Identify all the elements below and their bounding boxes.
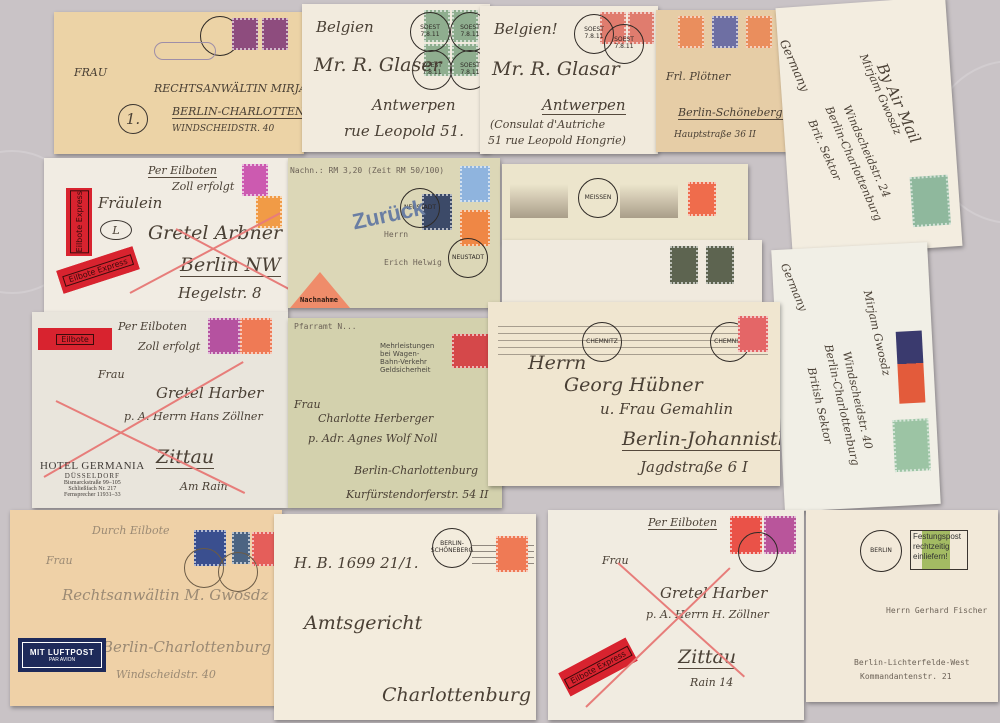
airmail-label xyxy=(896,331,926,404)
address-line: Erich Helwig xyxy=(384,258,442,267)
address-line: Rain 14 xyxy=(690,676,733,689)
slogan-cancel: Mehrleistungen bei Wagen- Bahn-Verkehr G… xyxy=(380,342,434,374)
stamp xyxy=(460,166,490,202)
envelope: MEISSEN xyxy=(502,164,748,242)
address-line: Per Eilboten xyxy=(118,320,187,333)
box-postmark xyxy=(154,42,216,60)
circle-mark: 1. xyxy=(118,104,148,134)
address-line: rue Leopold 51. xyxy=(344,122,464,140)
envelope: Nachn.: RM 3,20 (Zeit RM 50/100) NEUSTAD… xyxy=(288,158,500,308)
address-line: Frau xyxy=(602,554,629,567)
postmark: CHEMNITZ xyxy=(582,322,622,362)
address-line: WINDSCHEIDSTR. 40 xyxy=(172,124,274,134)
envelope xyxy=(502,240,762,302)
address-line: Hauptstraße 36 II xyxy=(674,130,756,140)
address-line: Herrn Gerhard Fischer xyxy=(886,606,987,615)
envelope: Pfarramt N... Mehrleistungen bei Wagen- … xyxy=(288,318,502,508)
address-line: Rechtsanwältin M. Gwosdz xyxy=(62,586,268,604)
address-line: Kommandantenstr. 21 xyxy=(860,672,952,681)
slogan-cancel-image xyxy=(510,184,568,218)
express-label: Eilbote xyxy=(38,328,112,350)
address-line: Amtsgericht xyxy=(304,612,422,634)
stamp xyxy=(232,18,258,50)
slogan-box: Festungspost rechtzeitig einliefern! xyxy=(910,530,968,570)
postmark: BERLIN-SCHÖNEBERG xyxy=(432,528,472,568)
slogan-cancel-image xyxy=(620,184,678,218)
stamp xyxy=(670,246,698,284)
envelope: SOEST 7.8.11 SOEST 7.8.11 Belgien! Mr. R… xyxy=(480,6,658,154)
stamp xyxy=(208,318,240,354)
stamp xyxy=(712,16,738,48)
address-line: Belgien! xyxy=(494,20,558,38)
envelope: BERLIN Festungspost rechtzeitig einliefe… xyxy=(806,510,998,702)
postmark: SOEST 7.8.11 xyxy=(410,12,450,52)
envelope: Per Eilboten Frau Gretel Harber p. A. He… xyxy=(548,510,804,720)
address-line: Charlotte Herberger xyxy=(318,412,433,425)
address-line: Herrn xyxy=(528,352,586,374)
stamp xyxy=(262,18,288,50)
address-line: Berlin-Schöneberg xyxy=(678,106,783,120)
address-line: Kurfürstendorferstr. 54 II xyxy=(346,488,488,501)
airmail-label: MIT LUFTPOSTPAR AVION xyxy=(18,638,106,672)
envelope: Frl. Plötner Berlin-Schöneberg Hauptstra… xyxy=(656,10,790,152)
address-line: Berlin-Lichterfelde-West xyxy=(854,658,970,667)
address-line: Gretel Harber xyxy=(156,384,263,402)
address-line: Frau xyxy=(46,554,73,567)
address-line: Zoll erfolgt xyxy=(138,340,200,353)
address-line: Durch Eilbote xyxy=(92,524,170,537)
envelope: CHEMNITZ CHEMNITZ Herrn Georg Hübner u. … xyxy=(488,302,780,486)
envelope: BERLIN-SCHÖNEBERG H. B. 1699 21/1. Amtsg… xyxy=(274,514,536,720)
stamp xyxy=(746,16,772,48)
postmark xyxy=(738,532,778,572)
address-line: Zoll erfolgt xyxy=(172,180,234,193)
header-print: Nachn.: RM 3,20 (Zeit RM 50/100) xyxy=(290,166,444,175)
address-line: Belgien xyxy=(316,18,374,36)
address-line: Germany xyxy=(777,37,812,93)
express-label: Eilbote Express xyxy=(66,188,92,256)
address-line: Mr. R. Glasar xyxy=(492,58,620,80)
address-line: Georg Hübner xyxy=(564,374,703,396)
envelope: Durch Eilbote Frau Rechtsanwältin M. Gwo… xyxy=(10,510,282,706)
postmark: NEUSTADT xyxy=(448,238,488,278)
address-line: BERLIN-CHARLOTTENBURG xyxy=(172,105,304,119)
address-line: FRAU xyxy=(74,66,107,79)
envelope: Germany Mirjam Gwosdz Windscheidstr. 40 … xyxy=(771,242,940,512)
address-line: Mirjam Gwosdz xyxy=(861,289,893,377)
address-line: Frau xyxy=(98,368,125,381)
postmark: MEISSEN xyxy=(578,178,618,218)
envelope: Eilbote Per Eilboten Zoll erfolgt Frau G… xyxy=(32,312,288,508)
address-line: Herrn xyxy=(384,230,408,239)
postmark: BERLIN xyxy=(860,530,902,572)
stamp xyxy=(240,318,272,354)
address-line: (Consulat d'Autriche xyxy=(490,118,605,131)
envelope: SOEST 7.8.11 SOEST 7.8.11 SOEST 7.8.11 S… xyxy=(302,4,490,152)
nachnahme-label-text: Nachnahme xyxy=(300,296,338,304)
envelope: Eilbote Express Eilbote Express Per Eilb… xyxy=(44,158,288,312)
header-print: Pfarramt N... xyxy=(294,322,357,331)
address-line: Berlin-Charlottenburg xyxy=(354,464,478,477)
stamp xyxy=(678,16,704,48)
stamp xyxy=(496,536,528,572)
address-line: Germany xyxy=(778,261,810,313)
address-line: Zittau xyxy=(678,646,736,669)
stamp xyxy=(892,418,931,472)
stamp xyxy=(910,175,951,228)
stamp xyxy=(688,182,716,216)
address-line: Fräulein xyxy=(98,194,162,212)
stamp xyxy=(738,316,768,352)
address-line: Per Eilboten xyxy=(648,516,717,530)
address-line: p. A. Herrn H. Zöllner xyxy=(646,608,769,621)
address-line: Gretel Arbner xyxy=(148,222,282,244)
envelope: Germany By Air Mail Mirjam Gwosdz Windsc… xyxy=(775,0,962,258)
address-line: Windscheidstr. 40 xyxy=(116,668,216,681)
address-line: RECHTSANWÄLTIN MIRJAM GWOSDZ xyxy=(154,82,304,95)
hotel-letterhead: HOTEL GERMANIA DÜSSELDORF Bismarckstraße… xyxy=(40,460,145,498)
address-line: Charlottenburg xyxy=(382,684,531,706)
address-line: Jagdstraße 6 I xyxy=(640,458,748,476)
address-line: Per Eilboten xyxy=(148,164,217,178)
address-line: Antwerpen xyxy=(542,96,626,115)
address-line: u. Frau Gemahlin xyxy=(600,400,733,418)
address-line: Frau xyxy=(294,398,321,411)
address-line: p. Adr. Agnes Wolf Noll xyxy=(308,432,437,445)
address-line: H. B. 1699 21/1. xyxy=(294,554,419,572)
envelope: FRAU RECHTSANWÄLTIN MIRJAM GWOSDZ BERLIN… xyxy=(54,12,304,154)
address-line: Berlin-Charlottenburg 5 xyxy=(102,638,282,656)
stamp xyxy=(242,164,268,196)
circle-mark: L xyxy=(100,220,132,240)
address-line: 51 rue Leopold Hongrie) xyxy=(488,134,626,147)
address-line: Berlin-Johannisthal xyxy=(622,428,780,451)
stamp xyxy=(706,246,734,284)
address-line: Frl. Plötner xyxy=(666,70,730,83)
address-line: Hegelstr. 8 xyxy=(178,284,262,302)
address-line: Gretel Harber xyxy=(660,584,767,602)
address-line: Antwerpen xyxy=(372,96,456,114)
address-line: Mr. R. Glaser xyxy=(314,54,442,76)
